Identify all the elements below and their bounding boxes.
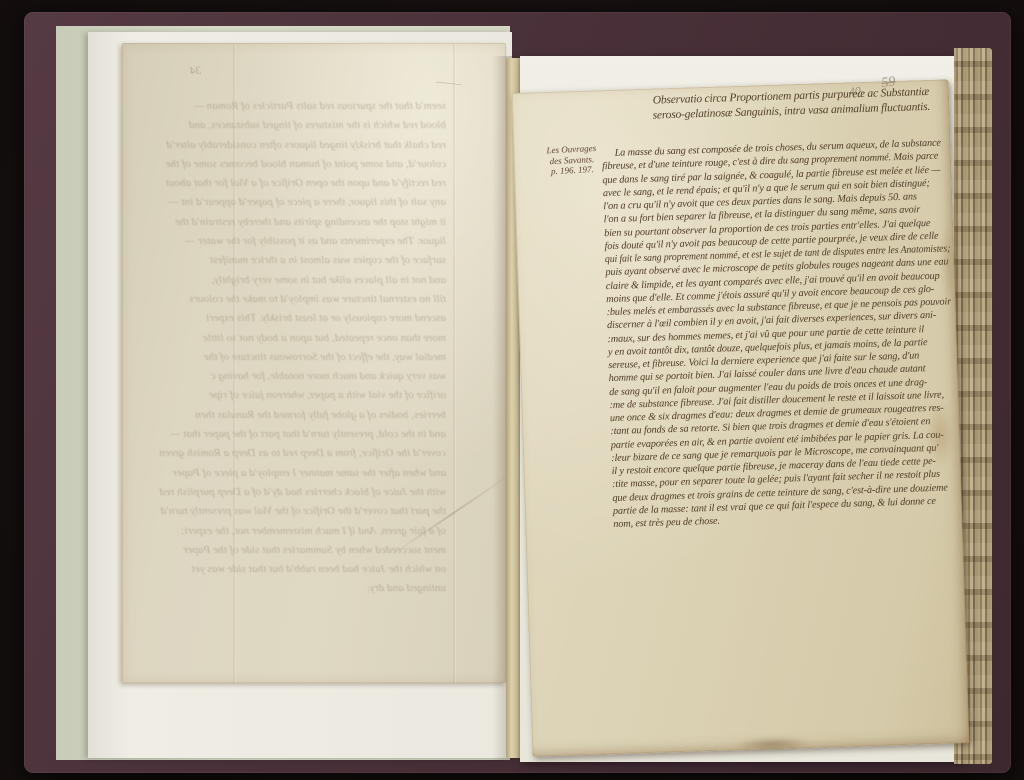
bleedthrough-line: liquor. The experiments and as it possib… bbox=[150, 232, 446, 251]
bleedthrough-line: it might stop the ascending spirits and … bbox=[150, 213, 446, 232]
bleedthrough-line: blood red which is the mixtures of tinge… bbox=[150, 116, 446, 135]
bleedthrough-line: with the Juice of black cherries had dy'… bbox=[150, 483, 446, 502]
photo-backdrop: seem'd that the spurious red salts Parti… bbox=[0, 0, 1024, 780]
bleedthrough-line: red rectify'd and upon the open Orifice … bbox=[150, 174, 446, 193]
bleedthrough-text: seem'd that the spurious red salts Parti… bbox=[122, 43, 506, 683]
bleedthrough-line: on which the Juice had been rubb'd but t… bbox=[150, 560, 446, 579]
bleedthrough-line: berries, bodies of a globe fully formed … bbox=[150, 406, 446, 425]
pencil-folio-mark: 34 bbox=[190, 65, 202, 78]
bleedthrough-line: ment succeeded when by Summaries that si… bbox=[150, 541, 446, 560]
pencil-strike-mark: ——— bbox=[437, 76, 461, 90]
bleedthrough-line: more than once repeated, but upon a body… bbox=[150, 329, 446, 348]
manuscript-body: La masse du sang est composée de trois c… bbox=[601, 136, 958, 531]
bleedthrough-line: till no external tincture was imploy'd t… bbox=[150, 290, 446, 309]
manuscript-leaf-right: 40 59 Observatio circa Proportionem part… bbox=[512, 79, 970, 756]
bleedthrough-line: ascend more copiously or at least briskl… bbox=[150, 309, 446, 328]
bleedthrough-line: was very quick and much more notable, fo… bbox=[150, 367, 446, 386]
bleedthrough-line: untinged and dry. bbox=[150, 579, 446, 598]
bleedthrough-line: and when after the same manner I employ'… bbox=[150, 464, 446, 483]
bleedthrough-line: red chalk that briskly tinged liquors of… bbox=[150, 136, 446, 155]
bleedthrough-line: surface of the copies was almost in a th… bbox=[150, 251, 446, 270]
manuscript-leaf-left: seem'd that the spurious red salts Parti… bbox=[122, 43, 506, 683]
bleedthrough-line: the part that cover'd the Orifice of the… bbox=[150, 502, 446, 521]
bleedthrough-line: cover'd the Orifice, from a Deep red to … bbox=[150, 444, 446, 463]
latin-heading: Observatio circa Proportionem partis pur… bbox=[640, 85, 943, 124]
bleedthrough-line: orifice of the vial with a paper, whereo… bbox=[150, 386, 446, 405]
bleedthrough-line: and in the cold, presently turn'd that p… bbox=[150, 425, 446, 444]
bleedthrough-line: colour'd, and some point of human blood … bbox=[150, 155, 446, 174]
bleedthrough-line: any salt of this liquor, there a piece o… bbox=[150, 193, 446, 212]
bleedthrough-line: of a fair green. And if I much misrememb… bbox=[150, 522, 446, 541]
bleedthrough-line: seem'd that the spurious red salts Parti… bbox=[150, 97, 446, 116]
bleedthrough-line: and not in all places alike but in some … bbox=[150, 271, 446, 290]
bleedthrough-line: medial way, the effect of the Sorrowous … bbox=[150, 348, 446, 367]
